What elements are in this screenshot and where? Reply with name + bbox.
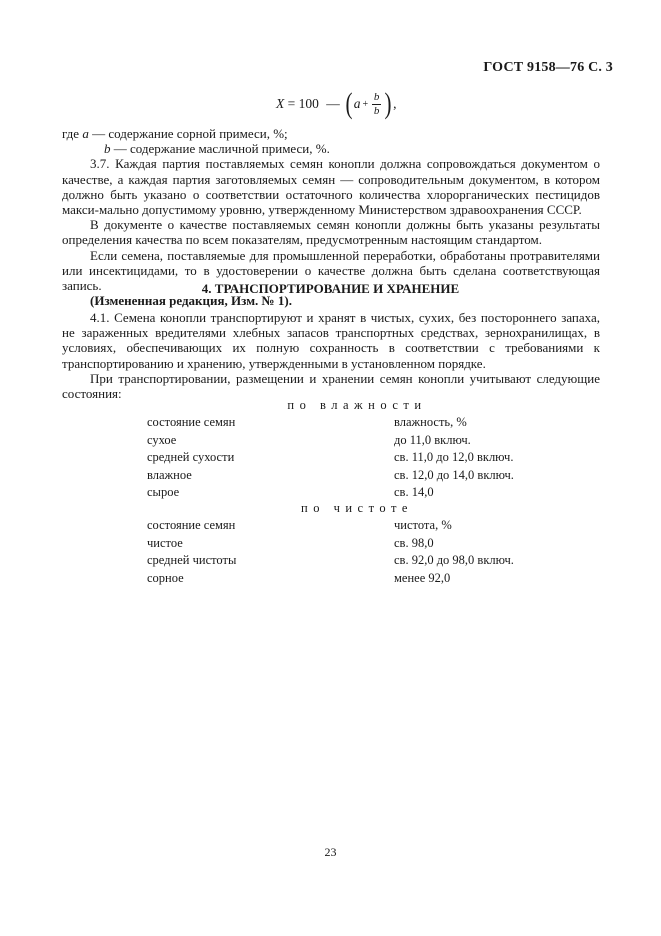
moisture-caption: по влажности [147,396,547,414]
paragraph-3-7: 3.7. Каждая партия поставляемых семян ко… [62,156,600,217]
fraction-denominator: b [374,106,380,117]
section-4-title: 4. ТРАНСПОРТИРОВАНИЕ И ХРАНЕНИЕ [0,281,661,297]
document-header: ГОСТ 9158—76 С. 3 [483,60,613,76]
open-paren-icon: ( [345,89,352,119]
table-row: сорное менее 92,0 [147,570,547,588]
formula-lhs: X [276,96,284,112]
paragraph-4-1: 4.1. Семена конопли транспортируют и хра… [62,310,600,371]
table-header-row: состояние семян чистота, % [147,517,547,535]
page-number: 23 [0,845,661,860]
table-row: влажное св. 12,0 до 14,0 включ. [147,467,547,485]
paragraph-quality-document: В документе о качестве поставляемых семя… [62,217,600,247]
formula-minus: — [326,96,340,112]
moisture-table: по влажности состояние семян влажность, … [147,396,547,502]
formula-a: a [354,96,361,112]
table-row: чистое св. 98,0 [147,535,547,553]
formula-plus: + [363,99,369,110]
table-row: средней сухости св. 11,0 до 12,0 включ. [147,449,547,467]
formula: X = 100 — ( a + b b ) , [276,86,397,122]
fraction-numerator: b [374,92,380,103]
legend-item-b: b — содержание масличной примеси, %. [62,141,600,156]
table-header-row: состояние семян влажность, % [147,414,547,432]
section-4-text: 4.1. Семена конопли транспортируют и хра… [62,310,600,401]
table-row: средней чистоты св. 92,0 до 98,0 включ. [147,552,547,570]
table-row: сухое до 11,0 включ. [147,432,547,450]
purity-caption: по чистоте [147,499,547,517]
close-paren-icon: ) [385,89,392,119]
formula-eq: = 100 [284,96,322,112]
legend-item-a: где a — содержание сорной примеси, %; [62,126,600,141]
formula-trail: , [393,96,396,112]
purity-table: по чистоте состояние семян чистота, % чи… [147,499,547,587]
formula-fraction: b b [372,92,381,117]
